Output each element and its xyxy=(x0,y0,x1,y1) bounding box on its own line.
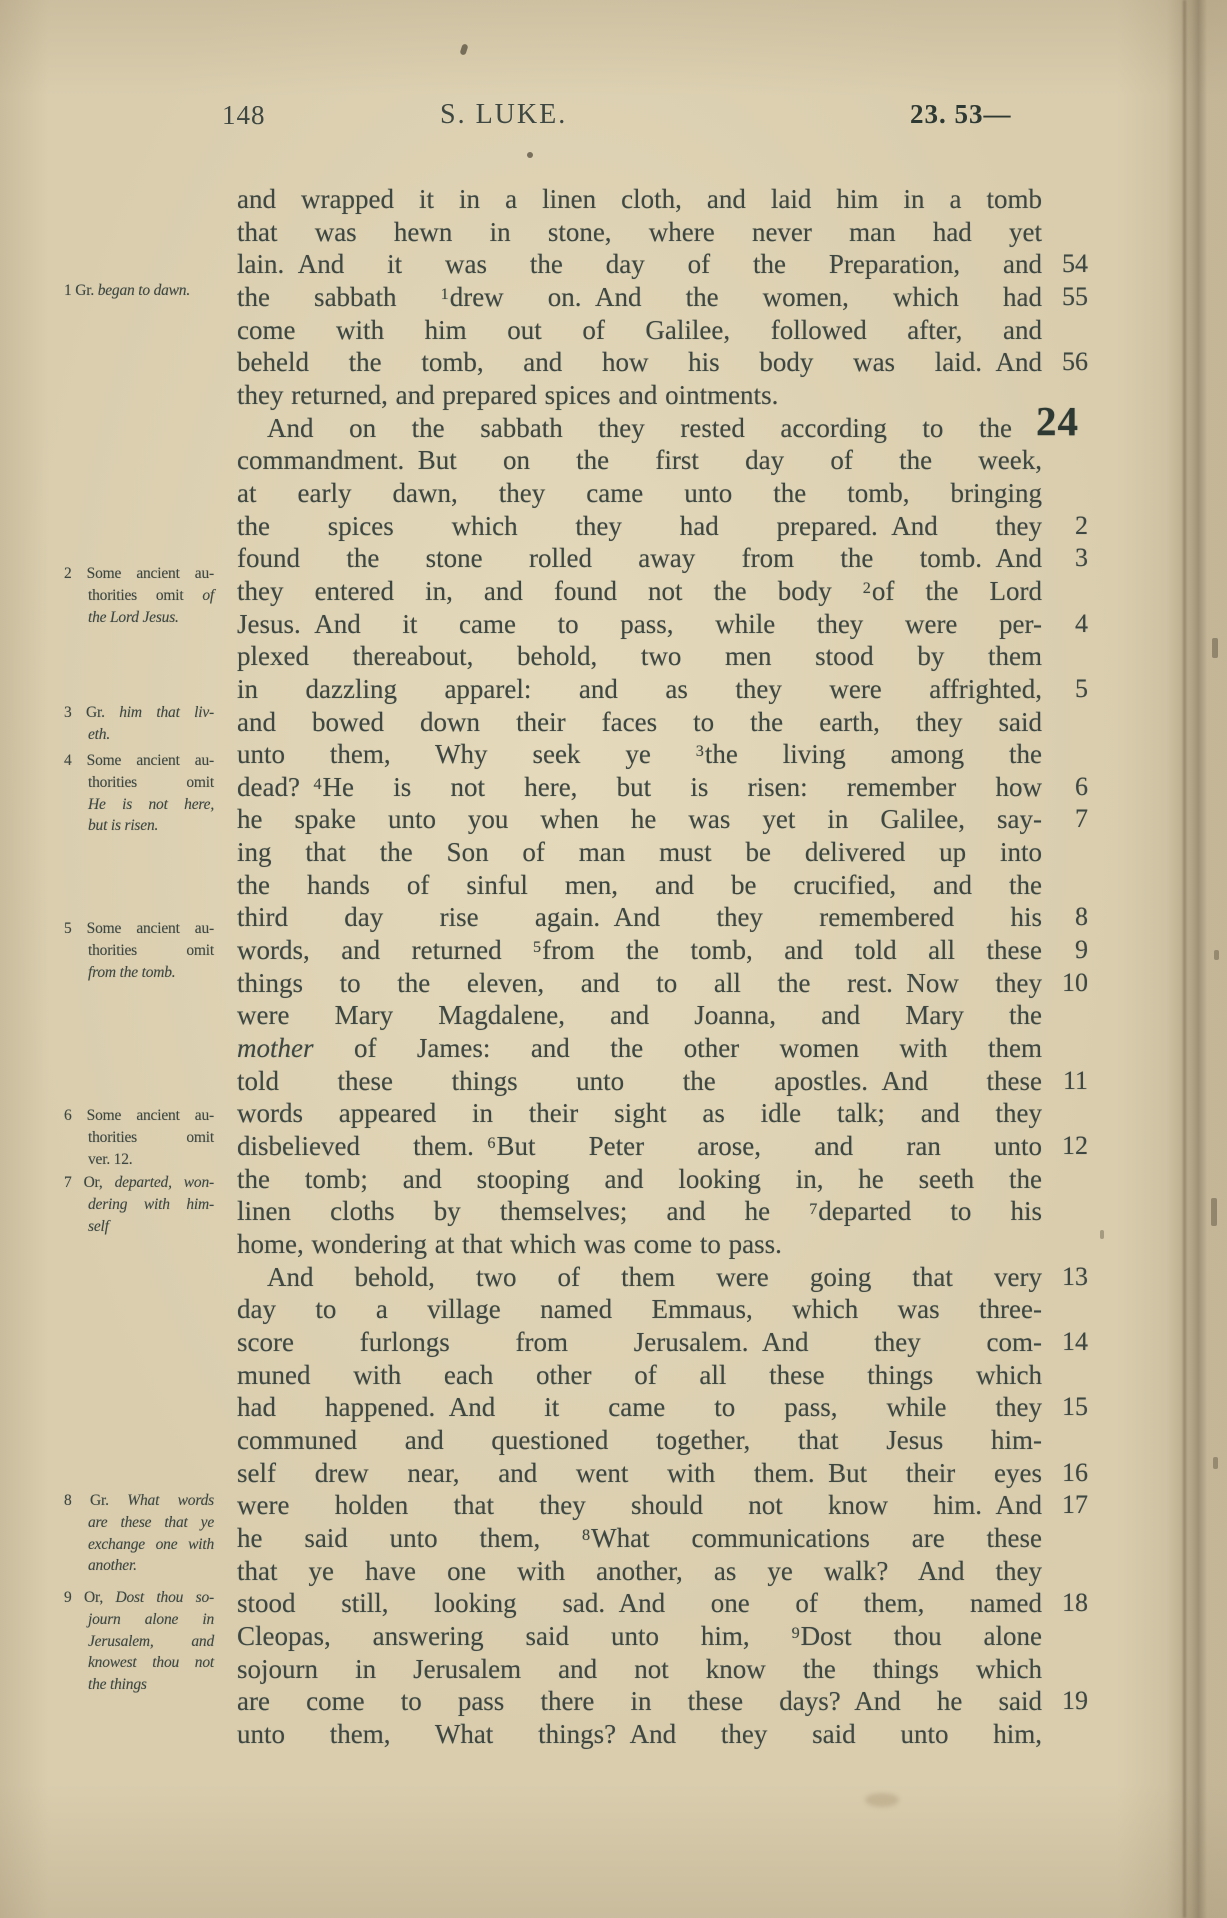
text-segment: they returned, and prepared spices and o… xyxy=(237,380,778,410)
text-segment: 3 Gr. xyxy=(64,704,119,721)
margin-note-line: are these that ye xyxy=(64,1512,214,1534)
footnote-marker: 1 xyxy=(441,285,449,303)
footnote-marker: 8 xyxy=(582,1526,590,1544)
text-segment: that ye have one with another, as ye wal… xyxy=(237,1556,1042,1586)
text-segment: were Mary Magdalene, and Joanna, and Mar… xyxy=(237,1000,1042,1030)
margin-note: 1 Gr. began to dawn. xyxy=(64,280,214,302)
text-segment: had happened. And it came to pass, while… xyxy=(237,1392,1042,1422)
text-segment: muned with each other of all these thing… xyxy=(237,1360,1042,1390)
text-segment: thorities omit xyxy=(88,1129,214,1146)
margin-note: 3 Gr. him that liv-eth. xyxy=(64,702,214,746)
text-segment: found the stone rolled away from the tom… xyxy=(237,543,1042,573)
text-segment: 1 Gr. xyxy=(64,282,98,299)
text-line: third day rise again. And they remembere… xyxy=(237,901,1042,934)
verse-number: 15 xyxy=(1044,1391,1088,1424)
text-line: beheld the tomb, and how his body was la… xyxy=(237,346,1042,379)
text-line: communed and questioned together, that J… xyxy=(237,1424,1042,1457)
text-segment: But Peter arose, and ran unto xyxy=(496,1131,1042,1161)
scan-speck xyxy=(527,152,533,158)
footnote-marker: 7 xyxy=(809,1200,817,1218)
scan-speck xyxy=(1211,1198,1217,1226)
page-edge-shadow xyxy=(1117,0,1227,1918)
margin-note-line: ver. 12. xyxy=(64,1149,214,1171)
margin-note-line: exchange one with xyxy=(64,1534,214,1556)
margin-note-line: Jerusalem, and xyxy=(64,1631,214,1653)
text-line: at early dawn, they came unto the tomb, … xyxy=(237,477,1042,510)
margin-note-line: eth. xyxy=(64,724,214,746)
margin-note-line: 4 Some ancient au- xyxy=(64,750,214,772)
text-segment: communed and questioned together, that J… xyxy=(237,1425,1042,1455)
text-segment: things to the eleven, and to all the res… xyxy=(237,968,1042,998)
margin-note-line: He is not here, xyxy=(64,794,214,816)
margin-note-line: 2 Some ancient au- xyxy=(64,563,214,585)
margin-note-line: thorities omit xyxy=(64,772,214,794)
chapter-number: 24 xyxy=(1036,399,1106,444)
text-segment: sojourn in Jerusalem and not know the th… xyxy=(237,1654,1042,1684)
verse-number: 4 xyxy=(1044,608,1088,641)
text-segment: home, wondering at that which was come t… xyxy=(237,1229,782,1259)
text-segment: departed to his xyxy=(818,1196,1042,1226)
text-segment: Dost thou so- xyxy=(115,1589,214,1606)
text-line: the sabbath 1drew on. And the women, whi… xyxy=(237,281,1042,314)
text-line: ing that the Son of man must be delivere… xyxy=(237,836,1042,869)
footnote-marker: 3 xyxy=(696,742,704,760)
text-line: that ye have one with another, as ye wal… xyxy=(237,1555,1042,1588)
text-line: Cleopas, answering said unto him, 9Dost … xyxy=(237,1620,1042,1653)
book-title: S. LUKE. xyxy=(440,99,567,131)
text-segment: unto them, What things? And they said un… xyxy=(237,1719,1042,1749)
text-segment: but is risen. xyxy=(88,817,158,834)
margin-note-line: thorities omit xyxy=(64,940,214,962)
text-line: score furlongs from Jerusalem. And they … xyxy=(237,1326,1042,1359)
text-segment: the spices which they had prepared. And … xyxy=(237,511,1042,541)
text-segment: were holden that they should not know hi… xyxy=(237,1490,1042,1520)
text-segment: commandment. But on the first day of the… xyxy=(237,445,1042,475)
text-line: and bowed down their faces to the earth,… xyxy=(237,706,1042,739)
text-segment: unto them, Why seek ye xyxy=(237,739,696,769)
text-line: dead? 4He is not here, but is risen: rem… xyxy=(237,771,1042,804)
margin-note-line: 5 Some ancient au- xyxy=(64,918,214,940)
scan-speck xyxy=(459,43,468,55)
text-line: told these things unto the apostles. And… xyxy=(237,1065,1042,1098)
text-segment: journ alone in xyxy=(88,1611,214,1628)
verse-number: 11 xyxy=(1044,1065,1088,1098)
verse-number: 14 xyxy=(1044,1326,1088,1359)
scan-smudge xyxy=(865,1793,899,1807)
text-segment: Dost thou alone xyxy=(801,1621,1042,1651)
text-segment: 7 Or, xyxy=(64,1174,115,1191)
text-segment: plexed thereabout, behold, two men stood… xyxy=(237,641,1042,671)
margin-note-line: thorities omit xyxy=(64,1127,214,1149)
margin-note-line: knowest thou not xyxy=(64,1652,214,1674)
text-line: in dazzling apparel: and as they were af… xyxy=(237,673,1042,706)
text-segment: stood still, looking sad. And one of the… xyxy=(237,1588,1042,1618)
margin-note: 8 Gr. What wordsare these that yeexchang… xyxy=(64,1490,214,1577)
text-line: Jesus. And it came to pass, while they w… xyxy=(237,608,1042,641)
text-segment: 5 Some ancient au- xyxy=(64,920,214,937)
text-line: words appeared in their sight as idle ta… xyxy=(237,1097,1042,1130)
text-segment: Cleopas, answering said unto him, xyxy=(237,1621,792,1651)
text-segment: knowest thou not xyxy=(88,1654,214,1671)
text-segment: are come to pass there in these days? An… xyxy=(237,1686,1042,1716)
text-line: they entered in, and found not the body … xyxy=(237,575,1042,608)
text-segment: of xyxy=(202,587,214,604)
text-segment: mother xyxy=(237,1033,314,1063)
text-line: linen cloths by themselves; and he 7depa… xyxy=(237,1195,1042,1228)
text-segment: ing that the Son of man must be delivere… xyxy=(237,837,1042,867)
verse-number: 5 xyxy=(1044,673,1088,706)
margin-note-line: the Lord Jesus. xyxy=(64,607,214,629)
text-segment: that was hewn in stone, where never man … xyxy=(237,217,1042,247)
text-segment: thorities omit xyxy=(88,774,214,791)
verse-number: 8 xyxy=(1044,901,1088,934)
text-segment: day to a village named Emmaus, which was… xyxy=(237,1294,1042,1324)
text-segment: the things xyxy=(88,1676,147,1693)
text-segment: linen cloths by themselves; and he xyxy=(237,1196,809,1226)
text-line: he said unto them, 8What communications … xyxy=(237,1522,1042,1555)
margin-note-line: thorities omit of xyxy=(64,585,214,607)
verse-number: 56 xyxy=(1044,346,1088,379)
text-segment: eth. xyxy=(88,726,110,743)
text-segment: 9 Or, xyxy=(64,1589,115,1606)
scan-speck xyxy=(1213,1457,1218,1469)
text-segment: began to dawn. xyxy=(98,282,190,299)
text-line: disbelieved them. 6But Peter arose, and … xyxy=(237,1130,1042,1163)
text-segment: beheld the tomb, and how his body was la… xyxy=(237,347,1042,377)
margin-note: 7 Or, departed, won-dering with him-self xyxy=(64,1172,214,1237)
margin-notes: 1 Gr. began to dawn.2 Some ancient au-th… xyxy=(64,0,214,1918)
footnote-marker: 6 xyxy=(487,1134,495,1152)
body-text: and wrapped it in a linen cloth, and lai… xyxy=(237,183,1042,1751)
text-segment: self drew near, and went with them. But … xyxy=(237,1458,1042,1488)
text-segment: ver. 12. xyxy=(88,1151,132,1168)
text-line: unto them, Why seek ye 3the living among… xyxy=(237,738,1042,771)
text-segment: self xyxy=(88,1218,109,1235)
text-line: stood still, looking sad. And one of the… xyxy=(237,1587,1042,1620)
verse-number: 10 xyxy=(1044,967,1088,1000)
scan-speck xyxy=(1214,950,1219,960)
text-segment: What communications are these xyxy=(591,1523,1042,1553)
verse-number: 54 xyxy=(1044,248,1088,281)
text-segment: they entered in, and found not the body xyxy=(237,576,863,606)
text-line: day to a village named Emmaus, which was… xyxy=(237,1293,1042,1326)
text-line: home, wondering at that which was come t… xyxy=(237,1228,1042,1261)
text-line: found the stone rolled away from the tom… xyxy=(237,542,1042,575)
page-fold-shadow xyxy=(1183,0,1186,1918)
text-segment: 6 Some ancient au- xyxy=(64,1107,214,1124)
text-segment: words appeared in their sight as idle ta… xyxy=(237,1098,1042,1128)
text-segment: him that liv- xyxy=(119,704,214,721)
text-line: self drew near, and went with them. But … xyxy=(237,1457,1042,1490)
text-segment: in dazzling apparel: and as they were af… xyxy=(237,674,1042,704)
text-line: plexed thereabout, behold, two men stood… xyxy=(237,640,1042,673)
text-line: lain. And it was the day of the Preparat… xyxy=(237,248,1042,281)
margin-note-line: 7 Or, departed, won- xyxy=(64,1172,214,1194)
text-segment: he said unto them, xyxy=(237,1523,582,1553)
text-line: he spake unto you when he was yet in Gal… xyxy=(237,803,1042,836)
text-segment: And on the sabbath they rested according… xyxy=(267,413,1012,443)
verse-number: 9 xyxy=(1044,934,1088,967)
text-segment: words, and returned xyxy=(237,935,533,965)
text-segment: thorities omit xyxy=(88,587,202,604)
margin-note-line: the things xyxy=(64,1674,214,1696)
text-segment: lain. And it was the day of the Preparat… xyxy=(237,249,1042,279)
margin-note-line: 9 Or, Dost thou so- xyxy=(64,1587,214,1609)
text-line: they returned, and prepared spices and o… xyxy=(237,379,1042,412)
margin-note: 4 Some ancient au-thorities omitHe is no… xyxy=(64,750,214,837)
book-page-scan: 148 S. LUKE. 23. 53— 1 Gr. began to dawn… xyxy=(0,0,1227,1918)
margin-note-line: self xyxy=(64,1216,214,1238)
text-line: were holden that they should not know hi… xyxy=(237,1489,1042,1522)
margin-note-line: 3 Gr. him that liv- xyxy=(64,702,214,724)
text-line: the spices which they had prepared. And … xyxy=(237,510,1042,543)
text-segment: at early dawn, they came unto the tomb, … xyxy=(237,478,1042,508)
text-segment: from the tomb. xyxy=(88,964,175,981)
text-segment: 2 Some ancient au- xyxy=(64,565,214,582)
margin-note-line: 6 Some ancient au- xyxy=(64,1105,214,1127)
text-line: unto them, What things? And they said un… xyxy=(237,1718,1042,1751)
verse-number: 55 xyxy=(1044,281,1088,314)
text-segment: dead? xyxy=(237,772,313,802)
margin-note-line: 1 Gr. began to dawn. xyxy=(64,280,214,302)
verse-number: 6 xyxy=(1044,771,1088,804)
text-segment: drew on. And the women, which had xyxy=(450,282,1042,312)
verse-number: 18 xyxy=(1044,1587,1088,1620)
text-segment: Jerusalem, and xyxy=(88,1633,214,1650)
text-segment: score furlongs from Jerusalem. And they … xyxy=(237,1327,1042,1357)
footnote-marker: 4 xyxy=(313,775,321,793)
verse-number: 19 xyxy=(1044,1685,1088,1718)
text-line: were Mary Magdalene, and Joanna, and Mar… xyxy=(237,999,1042,1032)
text-line: the hands of sinful men, and be crucifie… xyxy=(237,869,1042,902)
text-segment: and wrapped it in a linen cloth, and lai… xyxy=(237,184,1042,214)
footnote-marker: 5 xyxy=(533,938,541,956)
text-line: muned with each other of all these thing… xyxy=(237,1359,1042,1392)
margin-note-line: but is risen. xyxy=(64,815,214,837)
verse-number: 7 xyxy=(1044,803,1088,836)
text-segment: of James: and the other women with them xyxy=(314,1033,1043,1063)
text-line: that was hewn in stone, where never man … xyxy=(237,216,1042,249)
margin-note-line: another. xyxy=(64,1555,214,1577)
text-segment: exchange one with xyxy=(88,1536,214,1553)
text-line: mother of James: and the other women wit… xyxy=(237,1032,1042,1065)
text-segment: What words xyxy=(127,1492,214,1509)
margin-note: 6 Some ancient au-thorities omitver. 12. xyxy=(64,1105,214,1170)
verse-number: 3 xyxy=(1044,542,1088,575)
text-segment: third day rise again. And they remembere… xyxy=(237,902,1042,932)
margin-note-line: from the tomb. xyxy=(64,962,214,984)
text-segment: the sabbath xyxy=(237,282,441,312)
text-segment: of the Lord xyxy=(872,576,1042,606)
margin-note-line: 8 Gr. What words xyxy=(64,1490,214,1512)
text-line: sojourn in Jerusalem and not know the th… xyxy=(237,1653,1042,1686)
text-segment: departed, won- xyxy=(115,1174,214,1191)
text-segment: told these things unto the apostles. And… xyxy=(237,1066,1042,1096)
margin-note: 5 Some ancient au-thorities omitfrom the… xyxy=(64,918,214,983)
verse-number: 16 xyxy=(1044,1457,1088,1490)
footnote-marker: 9 xyxy=(792,1624,800,1642)
text-segment: Jesus. And it came to pass, while they w… xyxy=(237,609,1042,639)
text-segment: 8 Gr. xyxy=(64,1492,127,1509)
margin-note: 9 Or, Dost thou so-journ alone inJerusal… xyxy=(64,1587,214,1696)
text-line: And on the sabbath they rested according… xyxy=(237,412,1042,445)
text-line: the tomb; and stooping and looking in, h… xyxy=(237,1163,1042,1196)
text-segment: the living among the xyxy=(705,739,1042,769)
text-segment: the hands of sinful men, and be crucifie… xyxy=(237,870,1042,900)
text-segment: he spake unto you when he was yet in Gal… xyxy=(237,804,1042,834)
margin-note: 2 Some ancient au-thorities omit ofthe L… xyxy=(64,563,214,628)
text-segment: dering with him- xyxy=(88,1196,214,1213)
text-line: had happened. And it came to pass, while… xyxy=(237,1391,1042,1424)
text-line: come with him out of Galilee, followed a… xyxy=(237,314,1042,347)
footnote-marker: 2 xyxy=(863,579,871,597)
text-segment: another. xyxy=(88,1557,137,1574)
text-segment: 4 Some ancient au- xyxy=(64,752,214,769)
text-line: And behold, two of them were going that … xyxy=(237,1261,1042,1294)
text-segment: He is not here, xyxy=(88,796,214,813)
text-segment: And behold, two of them were going that … xyxy=(267,1262,1042,1292)
text-segment: are these that ye xyxy=(88,1514,214,1531)
scan-speck xyxy=(1100,1230,1104,1239)
text-segment: the tomb; and stooping and looking in, h… xyxy=(237,1164,1042,1194)
verse-number: 13 xyxy=(1044,1261,1088,1294)
text-segment: thorities omit xyxy=(88,942,214,959)
text-segment: He is not here, but is risen: remember h… xyxy=(323,772,1042,802)
page-number: 148 xyxy=(222,100,266,131)
text-segment: and bowed down their faces to the earth,… xyxy=(237,707,1042,737)
text-segment: the Lord Jesus. xyxy=(88,609,179,626)
verse-number: 12 xyxy=(1044,1130,1088,1163)
chapter-verse-ref: 23. 53— xyxy=(910,99,1012,130)
text-line: and wrapped it in a linen cloth, and lai… xyxy=(237,183,1042,216)
text-line: are come to pass there in these days? An… xyxy=(237,1685,1042,1718)
verse-number: 2 xyxy=(1044,510,1088,543)
scan-speck xyxy=(1212,638,1218,658)
margin-note-line: dering with him- xyxy=(64,1194,214,1216)
verse-number: 17 xyxy=(1044,1489,1088,1522)
text-segment: from the tomb, and told all these xyxy=(542,935,1042,965)
text-segment: disbelieved them. xyxy=(237,1131,487,1161)
text-line: commandment. But on the first day of the… xyxy=(237,444,1042,477)
text-line: words, and returned 5from the tomb, and … xyxy=(237,934,1042,967)
text-segment: come with him out of Galilee, followed a… xyxy=(237,315,1042,345)
margin-note-line: journ alone in xyxy=(64,1609,214,1631)
text-line: things to the eleven, and to all the res… xyxy=(237,967,1042,1000)
